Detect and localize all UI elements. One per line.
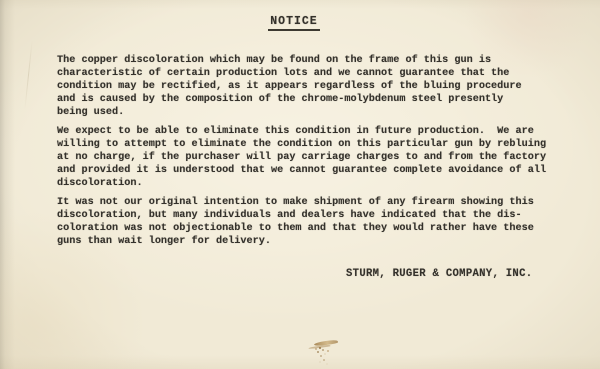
paper-card: NOTICE The copper discoloration which ma… bbox=[0, 0, 600, 369]
paragraph-rebluing-offer: We expect to be able to eliminate this c… bbox=[57, 125, 546, 190]
paragraph-shipment-explanation: It was not our original intention to mak… bbox=[57, 196, 534, 248]
company-signature: STURM, RUGER & COMPANY, INC. bbox=[346, 268, 532, 280]
paragraph-discoloration-cause: The copper discoloration which may be fo… bbox=[57, 54, 522, 119]
ink-stain bbox=[305, 338, 350, 364]
stain-smudge bbox=[314, 340, 338, 347]
notice-heading: NOTICE bbox=[0, 15, 588, 31]
stain-speckles bbox=[319, 347, 321, 349]
paper-crease bbox=[24, 40, 32, 110]
notice-heading-text: NOTICE bbox=[268, 15, 319, 31]
